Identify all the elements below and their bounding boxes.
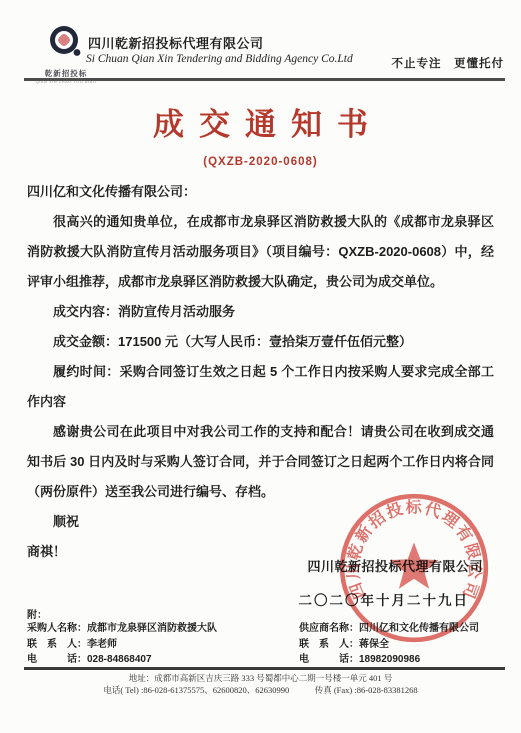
supplier-contact-block: 供应商名称：四川亿和文化传播有限公司 联 系 人：蒋保全 电 话：1898209… <box>299 621 479 668</box>
paragraph-content: 成交内容：消防宣传月活动服务 <box>27 297 494 327</box>
buyer-contact-label: 联 系 人： <box>27 639 87 650</box>
document-body: 四川亿和文化传播有限公司： 很高兴的通知贵单位，在成都市龙泉驿区消防救援大队的《… <box>27 177 494 567</box>
supplier-name-label: 供应商名称： <box>299 623 359 634</box>
paragraph-amount: 成交金额：171500 元（大写人民币：壹拾柒万壹仟伍佰元整） <box>27 327 494 357</box>
company-logo-icon <box>46 24 86 64</box>
project-code: (QXZB-2020-0608) <box>0 156 521 168</box>
recipient-line: 四川亿和文化传播有限公司： <box>27 177 494 207</box>
buyer-name-value: 成都市龙泉驿区消防救援大队 <box>87 623 217 634</box>
supplier-phone-value: 18982090986 <box>359 654 420 665</box>
supplier-contact-value: 蒋保全 <box>359 639 389 650</box>
supplier-phone-label: 电 话： <box>299 654 359 665</box>
supplier-contact-label: 联 系 人： <box>299 639 359 650</box>
buyer-contact-block: 采购人名称：成都市龙泉驿区消防救援大队 联 系 人：李老师 电 话：028-84… <box>27 621 217 668</box>
buyer-contact-value: 李老师 <box>87 639 117 650</box>
company-name-en: Si Chuan Qian Xin Tendering and Bidding … <box>86 53 353 65</box>
signature-company: 四川乾新招投标代理有限公司 <box>307 556 483 575</box>
header-divider <box>24 78 505 81</box>
paragraph-intro: 很高兴的通知贵单位，在成都市龙泉驿区消防救援大队的《成都市龙泉驿区消防救援大队消… <box>27 207 494 297</box>
buyer-phone-row: 电 话：028-84868407 <box>27 652 217 668</box>
supplier-name-value: 四川亿和文化传播有限公司 <box>359 623 479 634</box>
paragraph-thanks: 感谢贵公司在此项目中对我公司工作的支持和配合！请贵公司在收到成交通知书后 30 … <box>27 417 494 507</box>
document-title: 成交通知书 <box>0 99 521 144</box>
buyer-contact-row: 联 系 人：李老师 <box>27 637 217 653</box>
supplier-contact-row: 联 系 人：蒋保全 <box>299 637 479 653</box>
company-name-cn: 四川乾新招投标代理有限公司 <box>88 33 264 52</box>
footer-divider <box>24 667 505 670</box>
supplier-phone-row: 电 话：18982090986 <box>299 652 479 668</box>
buyer-name-row: 采购人名称：成都市龙泉驿区消防救援大队 <box>27 621 217 637</box>
paragraph-duration: 履约时间：采购合同签订生效之日起 5 个工作日内按采购人要求完成全部工作内容 <box>27 357 494 417</box>
paragraph-wish-1: 顺祝 <box>27 507 494 537</box>
supplier-name-row: 供应商名称：四川亿和文化传播有限公司 <box>299 621 479 637</box>
buyer-phone-label: 电 话： <box>27 654 87 665</box>
footer-address: 地址：成都市高新区吉庆三路 333 号蜀都中心二期一号楼一单元 401 号 <box>0 672 521 684</box>
attachment-label: 附： <box>27 606 47 621</box>
company-slogan: 不止专注 更懂托付 <box>392 55 505 71</box>
footer: 地址：成都市高新区吉庆三路 333 号蜀都中心二期一号楼一单元 401 号 电话… <box>0 672 521 696</box>
buyer-name-label: 采购人名称： <box>27 623 87 634</box>
buyer-phone-value: 028-84868407 <box>87 654 152 665</box>
award-notice-document: 乾新招投标 QIAN XIN ZHAO TOU BIAO 四川乾新招投标代理有限… <box>0 0 521 733</box>
signature-date: 二〇二〇年十月二十九日 <box>299 589 470 609</box>
footer-phone-fax: 电话( Tel) :86-028-61375575、62600820、62630… <box>0 684 521 696</box>
